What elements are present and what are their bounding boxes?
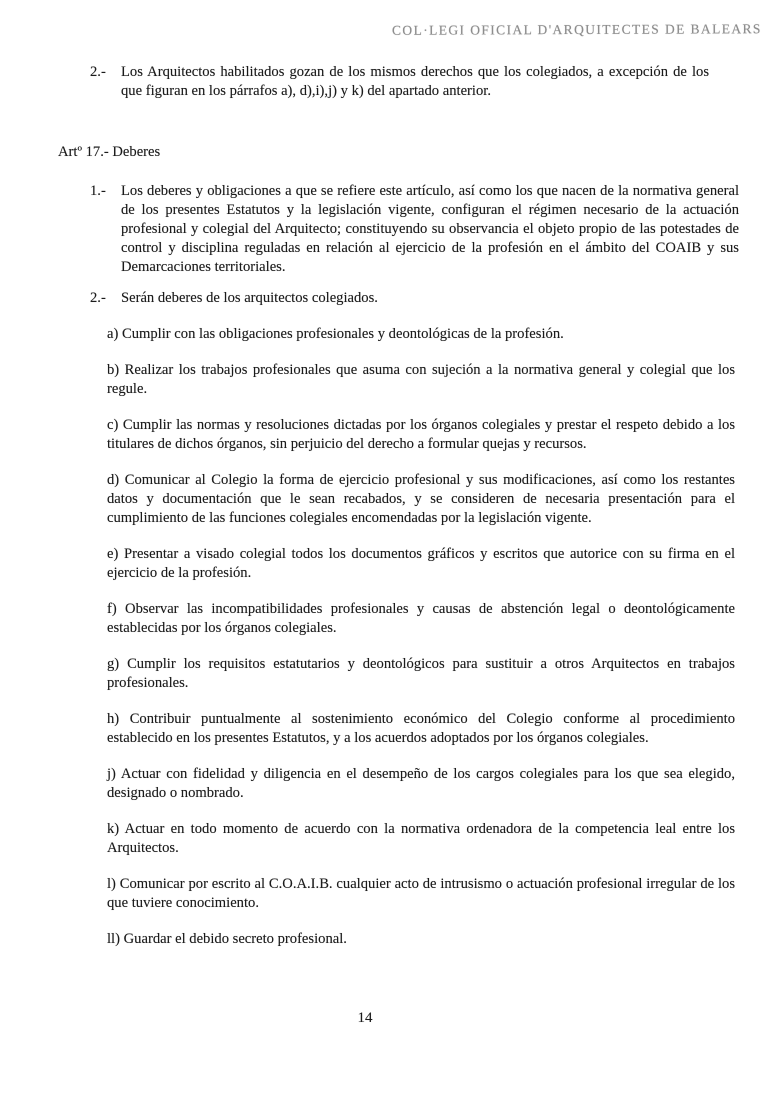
lettered-item: b) Realizar los trabajos profesionales q… (107, 361, 735, 399)
item-letter: j) (107, 766, 116, 782)
item-text: Contribuir puntualmente al sostenimiento… (107, 711, 735, 746)
lettered-item: l) Comunicar por escrito al C.O.A.I.B. c… (107, 875, 735, 913)
lettered-item: h) Contribuir puntualmente al sostenimie… (107, 710, 735, 748)
lettered-item: d) Comunicar al Colegio la forma de ejer… (107, 471, 735, 528)
lettered-item: f) Observar las incompatibilidades profe… (107, 600, 735, 638)
document-page: COL·LEGI OFICIAL D'ARQUITECTES DE BALEAR… (0, 0, 772, 1109)
item-letter: h) (107, 711, 119, 727)
item-letter: e) (107, 546, 118, 562)
page-number: 14 (0, 1010, 751, 1027)
item-text: Observar las incompatibilidades profesio… (107, 601, 735, 636)
item-number: 1.- (90, 182, 121, 201)
item-letter: c) (107, 417, 118, 433)
item-letter: f) (107, 601, 117, 617)
lettered-item: j) Actuar con fidelidad y diligencia en … (107, 765, 735, 803)
item-text: Actuar en todo momento de acuerdo con la… (107, 821, 735, 856)
item-text: Comunicar al Colegio la forma de ejercic… (107, 472, 735, 526)
item-text: Cumplir los requisitos estatutarios y de… (107, 656, 735, 691)
paragraph-text: Los Arquitectos habilitados gozan de los… (121, 63, 709, 101)
item-number: 2.- (90, 289, 121, 308)
item-text: Realizar los trabajos profesionales que … (107, 362, 735, 397)
lettered-item: a) Cumplir con las obligaciones profesio… (107, 325, 735, 344)
item-text: Guardar el debido secreto profesional. (124, 931, 347, 947)
lettered-item: e) Presentar a visado colegial todos los… (107, 545, 735, 583)
article-heading: Artº 17.- Deberes (58, 143, 739, 162)
item-letter: b) (107, 362, 119, 378)
lettered-item: c) Cumplir las normas y resoluciones dic… (107, 416, 735, 454)
item-number: 2.- (90, 63, 121, 82)
item-text: Comunicar por escrito al C.O.A.I.B. cual… (107, 876, 735, 911)
item-letter: g) (107, 656, 119, 672)
lettered-item: g) Cumplir los requisitos estatutarios y… (107, 655, 735, 693)
item-text: Actuar con fidelidad y diligencia en el … (107, 766, 735, 801)
lettered-item: k) Actuar en todo momento de acuerdo con… (107, 820, 735, 858)
item-text: Cumplir con las obligaciones profesional… (122, 326, 564, 342)
numbered-paragraph: 2.- Serán deberes de los arquitectos col… (90, 289, 739, 308)
paragraph-text: Serán deberes de los arquitectos colegia… (121, 289, 739, 308)
item-letter: a) (107, 326, 118, 342)
document-body: 2.- Los Arquitectos habilitados gozan de… (58, 63, 739, 966)
numbered-paragraph: 1.- Los deberes y obligaciones a que se … (90, 182, 739, 277)
item-text: Presentar a visado colegial todos los do… (107, 546, 735, 581)
item-letter: k) (107, 821, 119, 837)
item-letter: ll) (107, 931, 120, 947)
letterhead-title: COL·LEGI OFICIAL D'ARQUITECTES DE BALEAR… (392, 21, 762, 39)
lettered-item: ll) Guardar el debido secreto profesiona… (107, 930, 735, 949)
item-letter: l) (107, 876, 116, 892)
paragraph-text: Los deberes y obligaciones a que se refi… (121, 182, 739, 277)
item-letter: d) (107, 472, 119, 488)
numbered-paragraph: 2.- Los Arquitectos habilitados gozan de… (90, 63, 739, 101)
item-text: Cumplir las normas y resoluciones dictad… (107, 417, 735, 452)
